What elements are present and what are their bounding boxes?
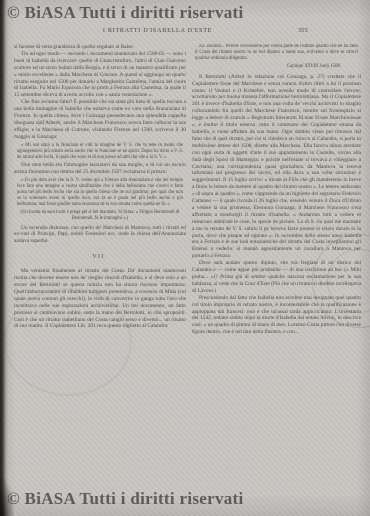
article-title: I RITRATTI D'ISABELLA D'ESTE (14, 27, 301, 34)
page-number: 355 (298, 27, 308, 34)
paragraph: Il Bertolotti (Artisti in relazione coi … (192, 74, 361, 260)
quote-attribution: Capilupi XXVIII Junij 1508. (192, 64, 341, 70)
paragraph: Un incendio distrusse, con quello de' Ma… (14, 225, 186, 246)
paragraph: Tre ad ogni modo — secondo i documenti m… (14, 51, 186, 99)
quote-signature: (Si ricorda da suoi lochi e prega pel sì… (14, 210, 186, 222)
paragraph: Ma veniamo finalmente al ritratto del Co… (14, 268, 186, 330)
paragraph: Prescindendo dal fatto che Isabella non … (192, 295, 361, 336)
block-quote: Zo. Jacomo... Perché scrivessimo per vos… (192, 44, 361, 62)
paragraph: Non men bella era l'immagine lasciatavi … (14, 162, 186, 176)
paragraph: Che fine avranno fatto? È possibile che … (14, 99, 186, 140)
paragraph: Dove sarà andato questo dipinto, che era… (192, 260, 361, 295)
left-text-column: si facesse di certa grandezza di quello … (14, 44, 186, 330)
copyright-watermark-bottom: © BiASA Tutti i diritti riservati (7, 489, 244, 509)
running-head: I RITRATTI D'ISABELLA D'ESTE 355 (14, 27, 361, 37)
paragraph-continuation: si facesse di certa grandezza di quello … (14, 44, 186, 51)
section-heading-vii: VII. (14, 254, 186, 261)
scan-gutter-shadow (0, 0, 8, 516)
copyright-watermark-top: © BiASA Tutti i diritti riservati (7, 3, 244, 23)
scanned-journal-page: © BiASA Tutti i diritti riservati I RITR… (0, 0, 370, 516)
block-quote: « Fo più dota aver che la S. V. venne qu… (14, 178, 186, 208)
right-text-column: Zo. Jacomo... Perché scrivessimo per vos… (192, 42, 361, 336)
block-quote: « Mi son stata a la Nunciata et vidi la … (14, 143, 186, 161)
